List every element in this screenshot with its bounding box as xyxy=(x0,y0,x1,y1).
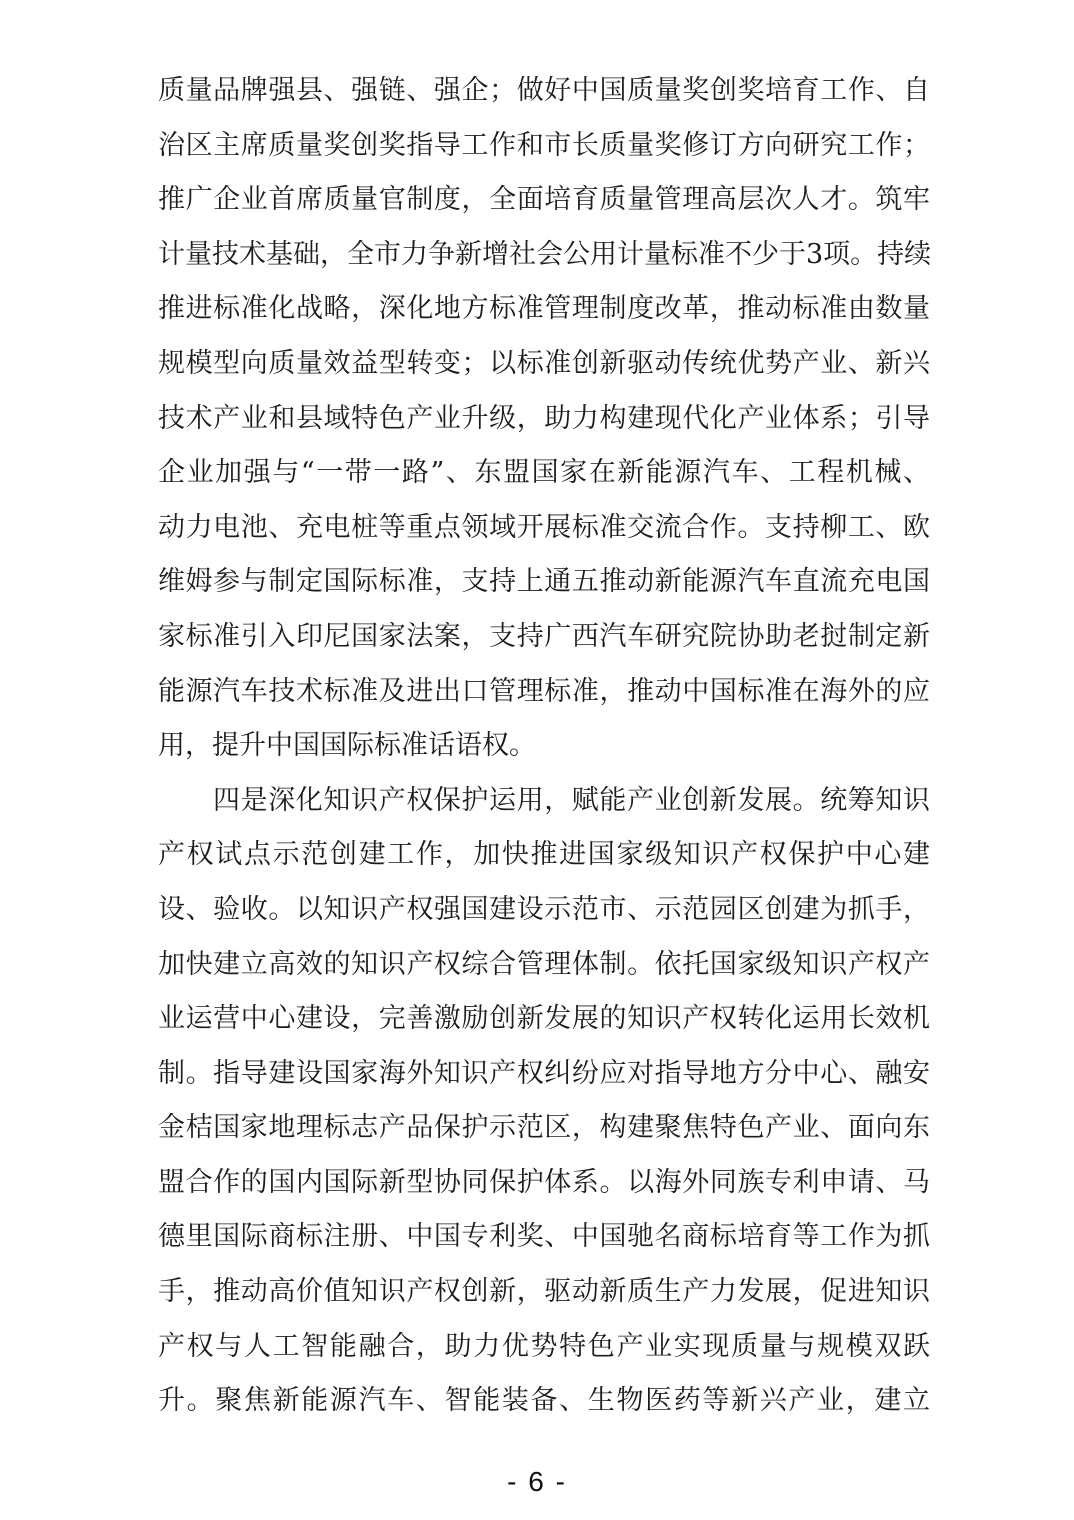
text-line: 金桔国家地理标志产品保护示范区，构建聚焦特色产业、面向东 xyxy=(158,1101,930,1156)
text-line: 家标准引入印尼国家法案，支持广西汽车研究院协助老挝制定新 xyxy=(158,610,930,665)
text-line: 维姆参与制定国际标准，支持上通五推动新能源汽车直流充电国 xyxy=(158,555,930,610)
text-line: 产权试点示范创建工作，加快推进国家级知识产权保护中心建 xyxy=(158,828,930,883)
text-line: 规模型向质量效益型转变；以标准创新驱动传统优势产业、新兴 xyxy=(158,337,930,392)
text-line: 动力电池、充电桩等重点领域开展标准交流合作。支持柳工、欧 xyxy=(158,501,930,556)
text-line: 质量品牌强县、强链、强企；做好中国质量奖创奖培育工作、自 xyxy=(158,64,930,119)
page-number: - 6 - xyxy=(507,1466,567,1497)
text-line: 企业加强与“一带一路”、东盟国家在新能源汽车、工程机械、 xyxy=(158,446,930,501)
text-line: 盟合作的国内国际新型协同保护体系。以海外同族专利申请、马 xyxy=(158,1156,930,1211)
text-line: 德里国际商标注册、中国专利奖、中国驰名商标培育等工作为抓 xyxy=(158,1210,930,1265)
text-line: 设、验收。以知识产权强国建设示范市、示范园区创建为抓手， xyxy=(158,883,930,938)
paragraph-four: 四是深化知识产权保护运用，赋能产业创新发展。统筹知识 产权试点示范创建工作，加快… xyxy=(158,774,930,1429)
text-line: 升。聚焦新能源汽车、智能装备、生物医药等新兴产业，建立 xyxy=(158,1374,930,1429)
text-line: 推广企业首席质量官制度，全面培育质量管理高层次人才。筑牢 xyxy=(158,173,930,228)
text-line: 推进标准化战略，深化地方标准管理制度改革，推动标准由数量 xyxy=(158,282,930,337)
document-body: 质量品牌强县、强链、强企；做好中国质量奖创奖培育工作、自 治区主席质量奖创奖指导… xyxy=(158,64,930,1429)
text-line: 治区主席质量奖创奖指导工作和市长质量奖修订方向研究工作； xyxy=(158,119,930,174)
text-line: 用，提升中国国际标准话语权。 xyxy=(158,719,930,774)
text-line: 业运营中心建设，完善激励创新发展的知识产权转化运用长效机 xyxy=(158,992,930,1047)
text-line: 能源汽车技术标准及进出口管理标准，推动中国标准在海外的应 xyxy=(158,665,930,720)
text-line: 技术产业和县域特色产业升级，助力构建现代化产业体系；引导 xyxy=(158,392,930,447)
paragraph-continuation: 质量品牌强县、强链、强企；做好中国质量奖创奖培育工作、自 治区主席质量奖创奖指导… xyxy=(158,64,930,774)
text-line: 手，推动高价值知识产权创新，驱动新质生产力发展，促进知识 xyxy=(158,1265,930,1320)
text-line: 加快建立高效的知识产权综合管理体制。依托国家级知识产权产 xyxy=(158,938,930,993)
text-line: 四是深化知识产权保护运用，赋能产业创新发展。统筹知识 xyxy=(158,774,930,829)
text-line: 制。指导建设国家海外知识产权纠纷应对指导地方分中心、融安 xyxy=(158,1047,930,1102)
document-page: 质量品牌强县、强链、强企；做好中国质量奖创奖培育工作、自 治区主席质量奖创奖指导… xyxy=(0,0,1074,1520)
text-line: 产权与人工智能融合，助力优势特色产业实现质量与规模双跃 xyxy=(158,1320,930,1375)
text-line: 计量技术基础，全市力争新增社会公用计量标准不少于3项。持续 xyxy=(158,228,930,283)
page-footer: - 6 - xyxy=(0,1466,1074,1498)
